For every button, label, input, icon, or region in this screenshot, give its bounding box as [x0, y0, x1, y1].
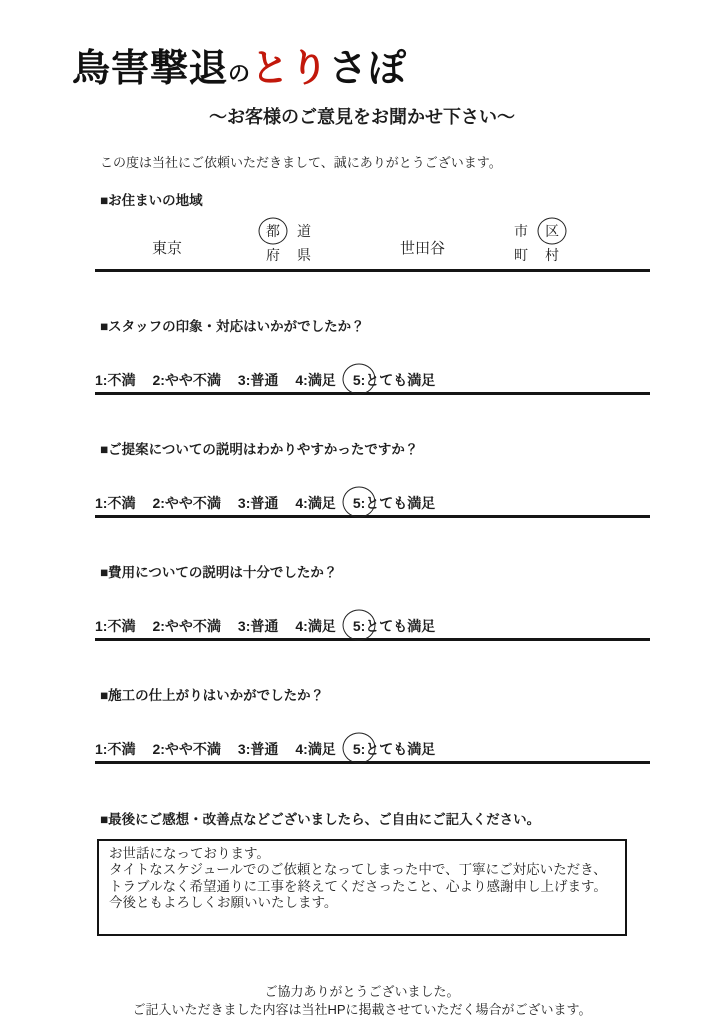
- question-block: ■ご提案についての説明はわかりやすかったですか？ 1:不満2:やや不満3:普通4…: [0, 438, 724, 518]
- rating-row: 1:不満2:やや不満3:普通4:満足5:とても満足: [95, 370, 724, 389]
- brand-logo-red: とり: [251, 48, 329, 90]
- question-heading: ■費用についての説明は十分でしたか？: [100, 561, 724, 581]
- rating-label: 満足: [308, 372, 336, 388]
- rating-label: 普通: [250, 741, 278, 757]
- rating-label: 満足: [308, 495, 336, 511]
- rating-label: 不満: [107, 495, 135, 511]
- rating-option-3: 3:普通: [238, 372, 278, 388]
- rating-row: 1:不満2:やや不満3:普通4:満足5:とても満足: [95, 739, 724, 758]
- brand-logo: 鳥害撃退のとりさぽ: [72, 50, 724, 90]
- comment-line: タイトなスケジュールでのご依頼となってしまった中で、丁寧にご対応いただき、: [109, 862, 615, 879]
- rating-label: 不満: [107, 618, 135, 634]
- brand-logo-black-1: 鳥害撃退: [72, 48, 228, 90]
- rating-number: 3:: [238, 741, 250, 757]
- rating-label: 普通: [250, 495, 278, 511]
- rating-label: 満足: [308, 618, 336, 634]
- city-option: 村: [543, 244, 561, 267]
- rating-number: 4:: [295, 495, 307, 511]
- survey-subtitle: ～お客様のご意見をお聞かせ下さい～: [0, 103, 724, 129]
- rating-number: 4:: [295, 372, 307, 388]
- rating-option-3: 3:普通: [238, 495, 278, 511]
- city-option-selected: 区: [543, 220, 561, 243]
- rating-option-3: 3:普通: [238, 741, 278, 757]
- rating-number: 1:: [95, 372, 107, 388]
- rating-label: やや不満: [165, 372, 221, 388]
- rating-option-1: 1:不満: [95, 618, 135, 634]
- divider-line: [95, 269, 650, 272]
- rating-option-4: 4:満足: [295, 495, 335, 511]
- prefecture-option: 道: [295, 220, 313, 243]
- prefecture-option-selected: 都: [264, 220, 282, 243]
- rating-option-3: 3:普通: [238, 618, 278, 634]
- rating-option-5: 5:とても満足: [353, 618, 435, 634]
- divider-line: [95, 515, 650, 518]
- comment-line: トラブルなく希望通りに工事を終えてくださったこと、心より感謝申し上げます。: [109, 879, 615, 896]
- prefecture-option-grid: 都 道 府 県: [264, 220, 313, 267]
- rating-label: とても満足: [365, 618, 435, 634]
- divider-line: [95, 761, 650, 764]
- question-heading: ■ご提案についての説明はわかりやすかったですか？: [100, 438, 724, 458]
- rating-number: 2:: [152, 372, 164, 388]
- rating-option-1: 1:不満: [95, 741, 135, 757]
- rating-label: 不満: [107, 741, 135, 757]
- divider-line: [95, 392, 650, 395]
- rating-number-selected-circle: 5:: [353, 372, 365, 388]
- survey-document: 鳥害撃退のとりさぽ ～お客様のご意見をお聞かせ下さい～ この度は当社にご依頼いた…: [0, 0, 724, 1024]
- rating-number: 4:: [295, 741, 307, 757]
- rating-option-2: 2:やや不満: [152, 372, 220, 388]
- rating-option-4: 4:満足: [295, 618, 335, 634]
- rating-label: とても満足: [365, 495, 435, 511]
- rating-number-selected-circle: 5:: [353, 741, 365, 757]
- comment-line: 今後ともよろしくお願いいたします。: [109, 895, 615, 912]
- rating-option-1: 1:不満: [95, 495, 135, 511]
- question-heading: ■施工の仕上がりはいかがでしたか？: [100, 684, 724, 704]
- rating-number: 3:: [238, 618, 250, 634]
- comments-section-heading: ■最後にご感想・改善点などございましたら、ご自由にご記入ください。: [100, 808, 724, 828]
- rating-label: やや不満: [165, 741, 221, 757]
- question-block: ■施工の仕上がりはいかがでしたか？ 1:不満2:やや不満3:普通4:満足5:とて…: [0, 684, 724, 764]
- brand-logo-black-2: さぽ: [329, 48, 407, 90]
- rating-number: 4:: [295, 618, 307, 634]
- rating-number: 1:: [95, 495, 107, 511]
- footer: ご協力ありがとうございました。 ご記入いただきました内容は当社HPに掲載させてい…: [0, 983, 724, 1019]
- rating-number-selected-circle: 5:: [353, 495, 365, 511]
- footer-thanks: ご協力ありがとうございました。: [0, 983, 724, 1001]
- rating-option-5: 5:とても満足: [353, 495, 435, 511]
- prefecture-answer: 東京: [152, 237, 182, 258]
- rating-label: 普通: [250, 372, 278, 388]
- rating-option-5: 5:とても満足: [353, 741, 435, 757]
- greeting-text: この度は当社にご依頼いただきまして、誠にありがとうございます。: [100, 152, 724, 171]
- question-block: ■費用についての説明は十分でしたか？ 1:不満2:やや不満3:普通4:満足5:と…: [0, 561, 724, 641]
- rating-label: とても満足: [365, 741, 435, 757]
- rating-option-2: 2:やや不満: [152, 741, 220, 757]
- region-section-heading: ■お住まいの地域: [100, 189, 724, 209]
- rating-label: とても満足: [365, 372, 435, 388]
- rating-number: 1:: [95, 618, 107, 634]
- rating-row: 1:不満2:やや不満3:普通4:満足5:とても満足: [95, 493, 724, 512]
- rating-number-selected-circle: 5:: [353, 618, 365, 634]
- rating-label: やや不満: [165, 495, 221, 511]
- comment-line: お世話になっております。: [109, 846, 615, 863]
- rating-number: 3:: [238, 495, 250, 511]
- rating-option-2: 2:やや不満: [152, 495, 220, 511]
- city-answer: 世田谷: [400, 237, 445, 258]
- rating-option-5: 5:とても満足: [353, 372, 435, 388]
- question-block: ■スタッフの印象・対応はいかがでしたか？ 1:不満2:やや不満3:普通4:満足5…: [0, 315, 724, 395]
- rating-row: 1:不満2:やや不満3:普通4:満足5:とても満足: [95, 616, 724, 635]
- rating-label: 満足: [308, 741, 336, 757]
- rating-number: 2:: [152, 618, 164, 634]
- question-heading: ■スタッフの印象・対応はいかがでしたか？: [100, 315, 724, 335]
- rating-number: 2:: [152, 495, 164, 511]
- city-option: 町: [512, 244, 530, 267]
- city-option-grid: 市 区 町 村: [512, 220, 561, 267]
- rating-number: 2:: [152, 741, 164, 757]
- rating-label: 不満: [107, 372, 135, 388]
- prefecture-option: 県: [295, 244, 313, 267]
- divider-line: [95, 638, 650, 641]
- region-answer-row: 東京 都 道 府 県 世田谷 市 区 町 村: [0, 219, 724, 269]
- rating-option-1: 1:不満: [95, 372, 135, 388]
- comment-box: お世話になっております。タイトなスケジュールでのご依頼となってしまった中で、丁寧…: [97, 839, 627, 936]
- footer-notice: ご記入いただきました内容は当社HPに掲載させていただく場合がございます。: [0, 1001, 724, 1019]
- rating-option-2: 2:やや不満: [152, 618, 220, 634]
- brand-logo-no: の: [228, 61, 251, 86]
- city-option: 市: [512, 220, 530, 243]
- questions-container: ■スタッフの印象・対応はいかがでしたか？ 1:不満2:やや不満3:普通4:満足5…: [0, 315, 724, 764]
- rating-option-4: 4:満足: [295, 741, 335, 757]
- rating-label: やや不満: [165, 618, 221, 634]
- prefecture-option: 府: [264, 244, 282, 267]
- rating-number: 3:: [238, 372, 250, 388]
- rating-number: 1:: [95, 741, 107, 757]
- rating-label: 普通: [250, 618, 278, 634]
- rating-option-4: 4:満足: [295, 372, 335, 388]
